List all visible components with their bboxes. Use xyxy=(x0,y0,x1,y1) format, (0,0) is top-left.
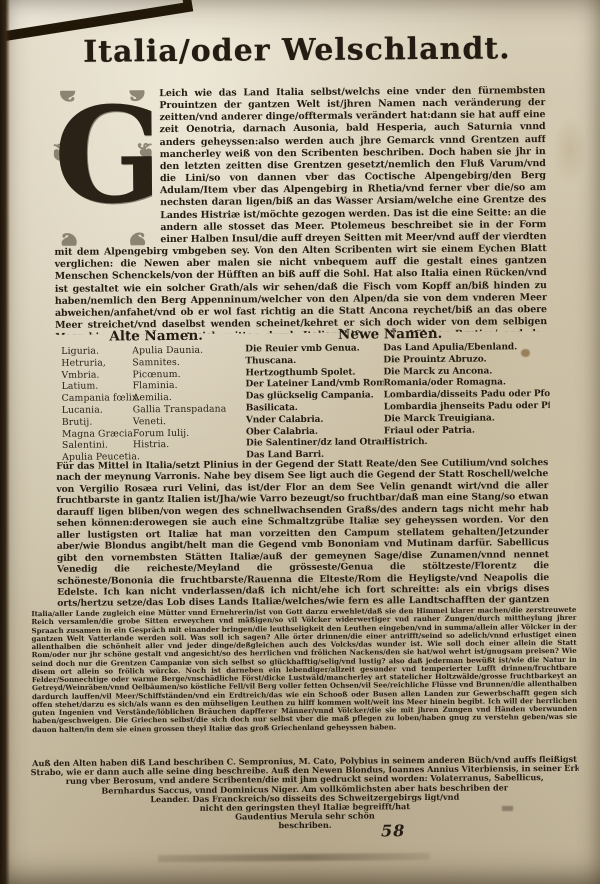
initial-letter: G xyxy=(53,90,152,237)
name-cell: Forum Iulij. xyxy=(133,427,245,440)
name-cell: Ober Calabria. xyxy=(246,426,384,439)
name-cell: Vnder Calabria. xyxy=(246,414,384,427)
middle-paragraph: Für das Mittel in Italia/setzt Plinius i… xyxy=(56,457,549,610)
new-names-column-2: Das Land Apulia/Ebenland. Die Prouintz A… xyxy=(383,342,550,461)
closing-taper: Auß den Alten haben diß Land beschriben … xyxy=(30,755,579,833)
page-title: Italia/oder Welschlandt. xyxy=(0,31,597,71)
new-names-column-1: Die Reuier vmb Genua. Thuscana. Hertzogt… xyxy=(245,343,384,462)
name-cell: Flaminia. xyxy=(133,380,245,393)
name-cell: Picœnum. xyxy=(132,368,244,381)
name-cell: Die Reuier vmb Genua. xyxy=(245,343,383,356)
intro-section: ❦ ❦ ❦ ❦ ❦ ❦ G Leich wie das Land Italia … xyxy=(53,85,547,335)
page-content: Italia/oder Welschlandt. ❦ ❦ ❦ ❦ ❦ ❦ G L… xyxy=(0,0,600,884)
ink-bleed-mark xyxy=(502,806,513,811)
small-print-paragraph: Italia/aller Lande zugleich eine Mütter … xyxy=(31,606,577,734)
name-cell: Das glückselig Campania. xyxy=(246,391,384,404)
middle-section: Für das Mittel in Italia/setzt Plinius i… xyxy=(56,457,549,610)
name-cell: Thuscana. xyxy=(245,355,383,368)
name-cell: Histria. xyxy=(133,439,245,452)
name-cell: Der Lateiner Land/vmb Rom. xyxy=(246,379,384,392)
name-cell: Basilicata. xyxy=(246,402,384,415)
page-number: 58 xyxy=(381,821,405,840)
decorated-initial: ❦ ❦ ❦ ❦ ❦ ❦ G xyxy=(53,90,152,246)
name-cell: Samnites. xyxy=(132,356,244,369)
book-photo: Italia/oder Welschlandt. ❦ ❦ ❦ ❦ ❦ ❦ G L… xyxy=(0,0,600,884)
old-names-column-2: Apulia Daunia. Samnites. Picœnum. Flamin… xyxy=(132,344,245,463)
name-cell: Aemilia. xyxy=(133,392,245,405)
floral-ornament-icon: ❦ xyxy=(56,236,81,246)
name-cell: Hertzogthumb Spolet. xyxy=(245,367,383,380)
names-table: Liguria. Hetruria, Vmbria. Latium. Campa… xyxy=(0,342,600,467)
name-cell: Veneti. xyxy=(133,415,245,428)
name-cell: Die Salentiner/dz land Otranto. xyxy=(246,438,384,451)
old-names-header: Alte Namen. xyxy=(51,327,261,345)
name-cell: Apulia Daunia. xyxy=(132,344,244,357)
new-names-header: Newe Namen. xyxy=(285,325,495,343)
floral-ornament-icon: ❦ xyxy=(125,235,150,246)
small-print-section: Italia/aller Lande zugleich eine Mütter … xyxy=(31,606,577,758)
name-cell: Gallia Transpadana xyxy=(133,403,245,416)
